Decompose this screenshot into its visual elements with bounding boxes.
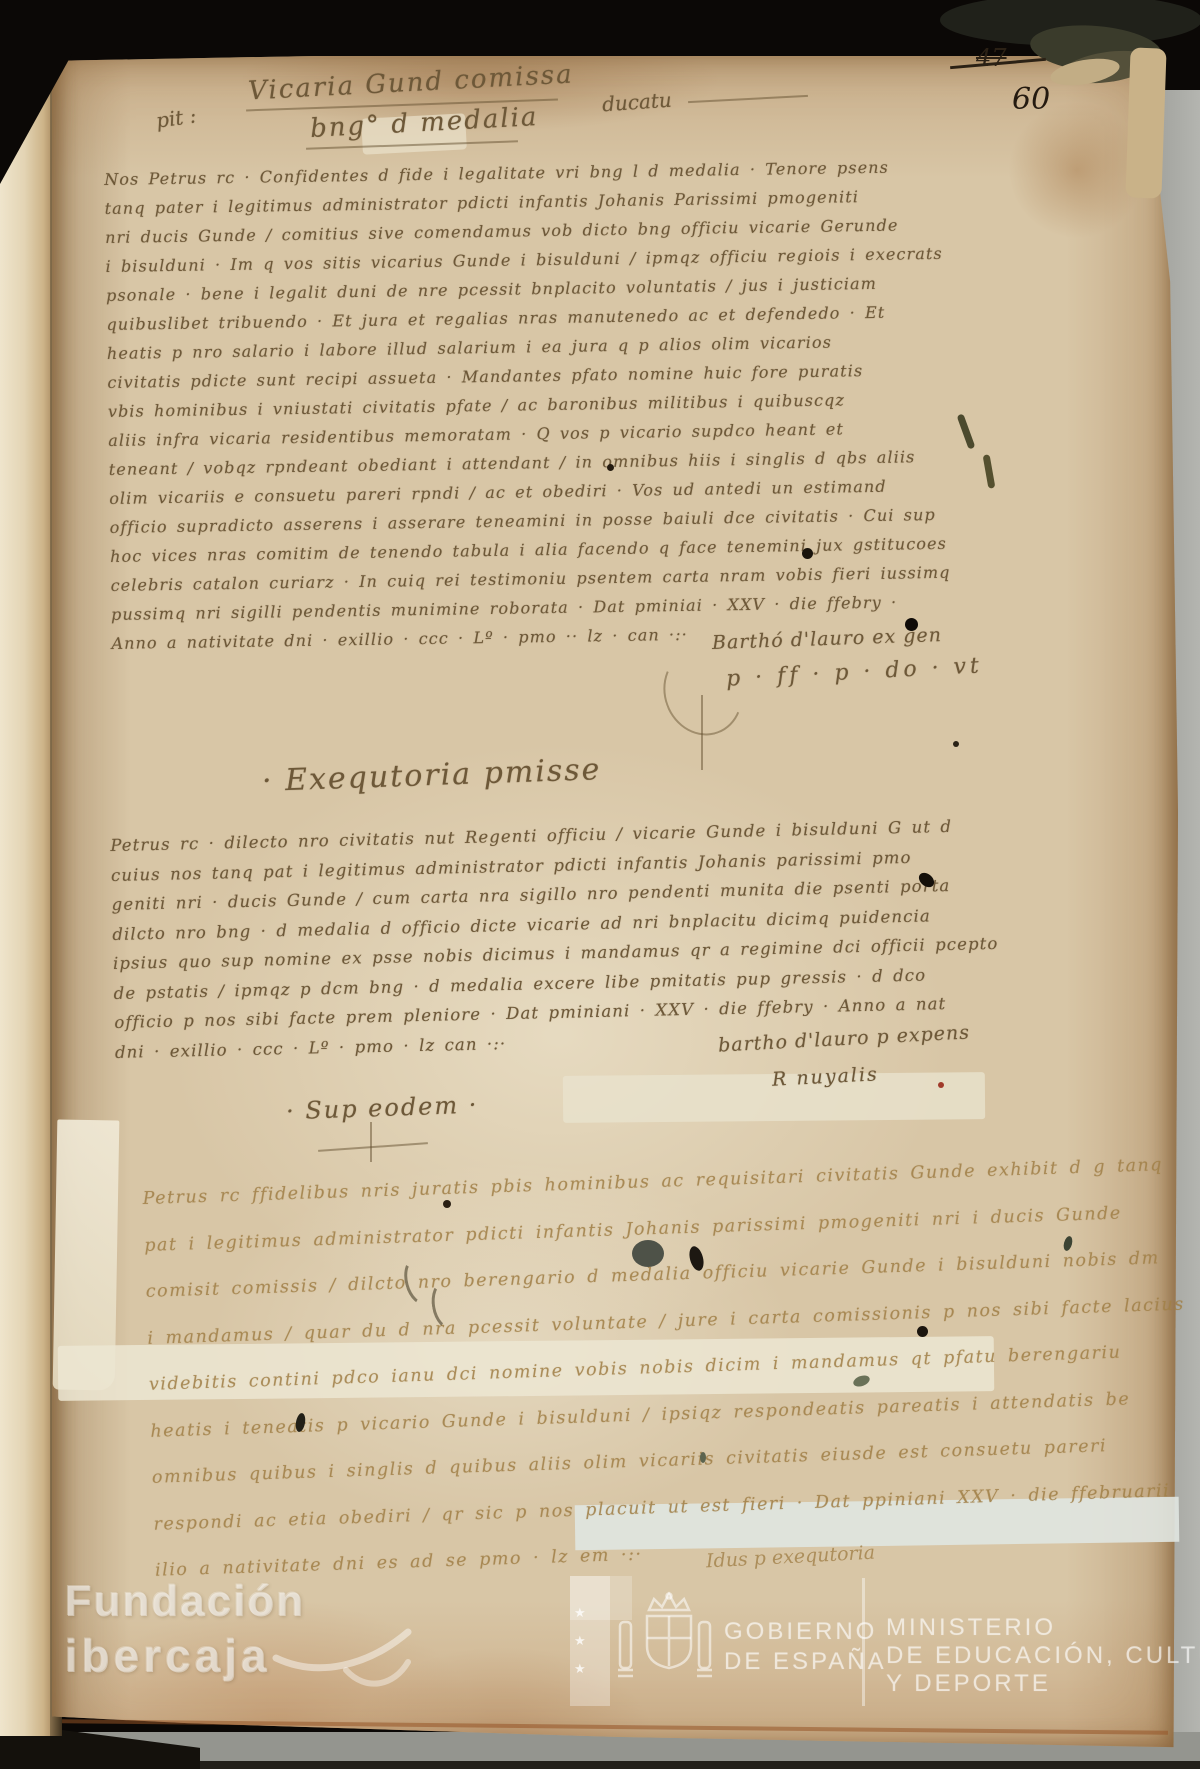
- ink-blot: [917, 1326, 928, 1337]
- ink-blot: [953, 741, 959, 747]
- paper-loss-patch: [700, 1452, 706, 1463]
- pen-stroke: [701, 695, 703, 770]
- ink-blot: [802, 548, 813, 559]
- struck-folio-mark: 47: [976, 44, 1007, 72]
- entry3-text: Petrus rc ffidelibus nris juratis pbis h…: [142, 1142, 1193, 1595]
- gobierno-watermark-line1: GOBIERNO: [724, 1618, 877, 1646]
- ministerio-watermark-line3: Y DEPORTE: [886, 1670, 1051, 1698]
- ministerio-watermark-line1: MINISTERIO: [886, 1614, 1056, 1642]
- folio-number: 60: [1012, 82, 1050, 117]
- ink-blot: [607, 464, 614, 471]
- ink-blot: [443, 1200, 451, 1208]
- ibercaja-watermark-line2: ibercaja: [64, 1628, 270, 1682]
- manuscript-scan: pit : Vicaria Gund comissa bng° d medali…: [0, 0, 1200, 1769]
- wormhole: [905, 618, 918, 631]
- ibercaja-swoosh-icon: [268, 1618, 418, 1702]
- watermark-divider: [862, 1578, 865, 1706]
- paper-loss-patch: [632, 1240, 664, 1267]
- ministerio-watermark-line2: DE EDUCACIÓN, CULTURA: [886, 1642, 1200, 1670]
- adjacent-page-edge: [0, 46, 54, 1736]
- entry1-text: Nos Petrus rc · Confidentes d fide i leg…: [104, 152, 952, 658]
- spain-coat-of-arms-icon: [612, 1588, 718, 1696]
- pen-stroke: [370, 1122, 372, 1162]
- red-speck: [938, 1082, 944, 1088]
- page-stack-edge: [1125, 47, 1166, 198]
- title-annotation: ducatu: [601, 88, 672, 117]
